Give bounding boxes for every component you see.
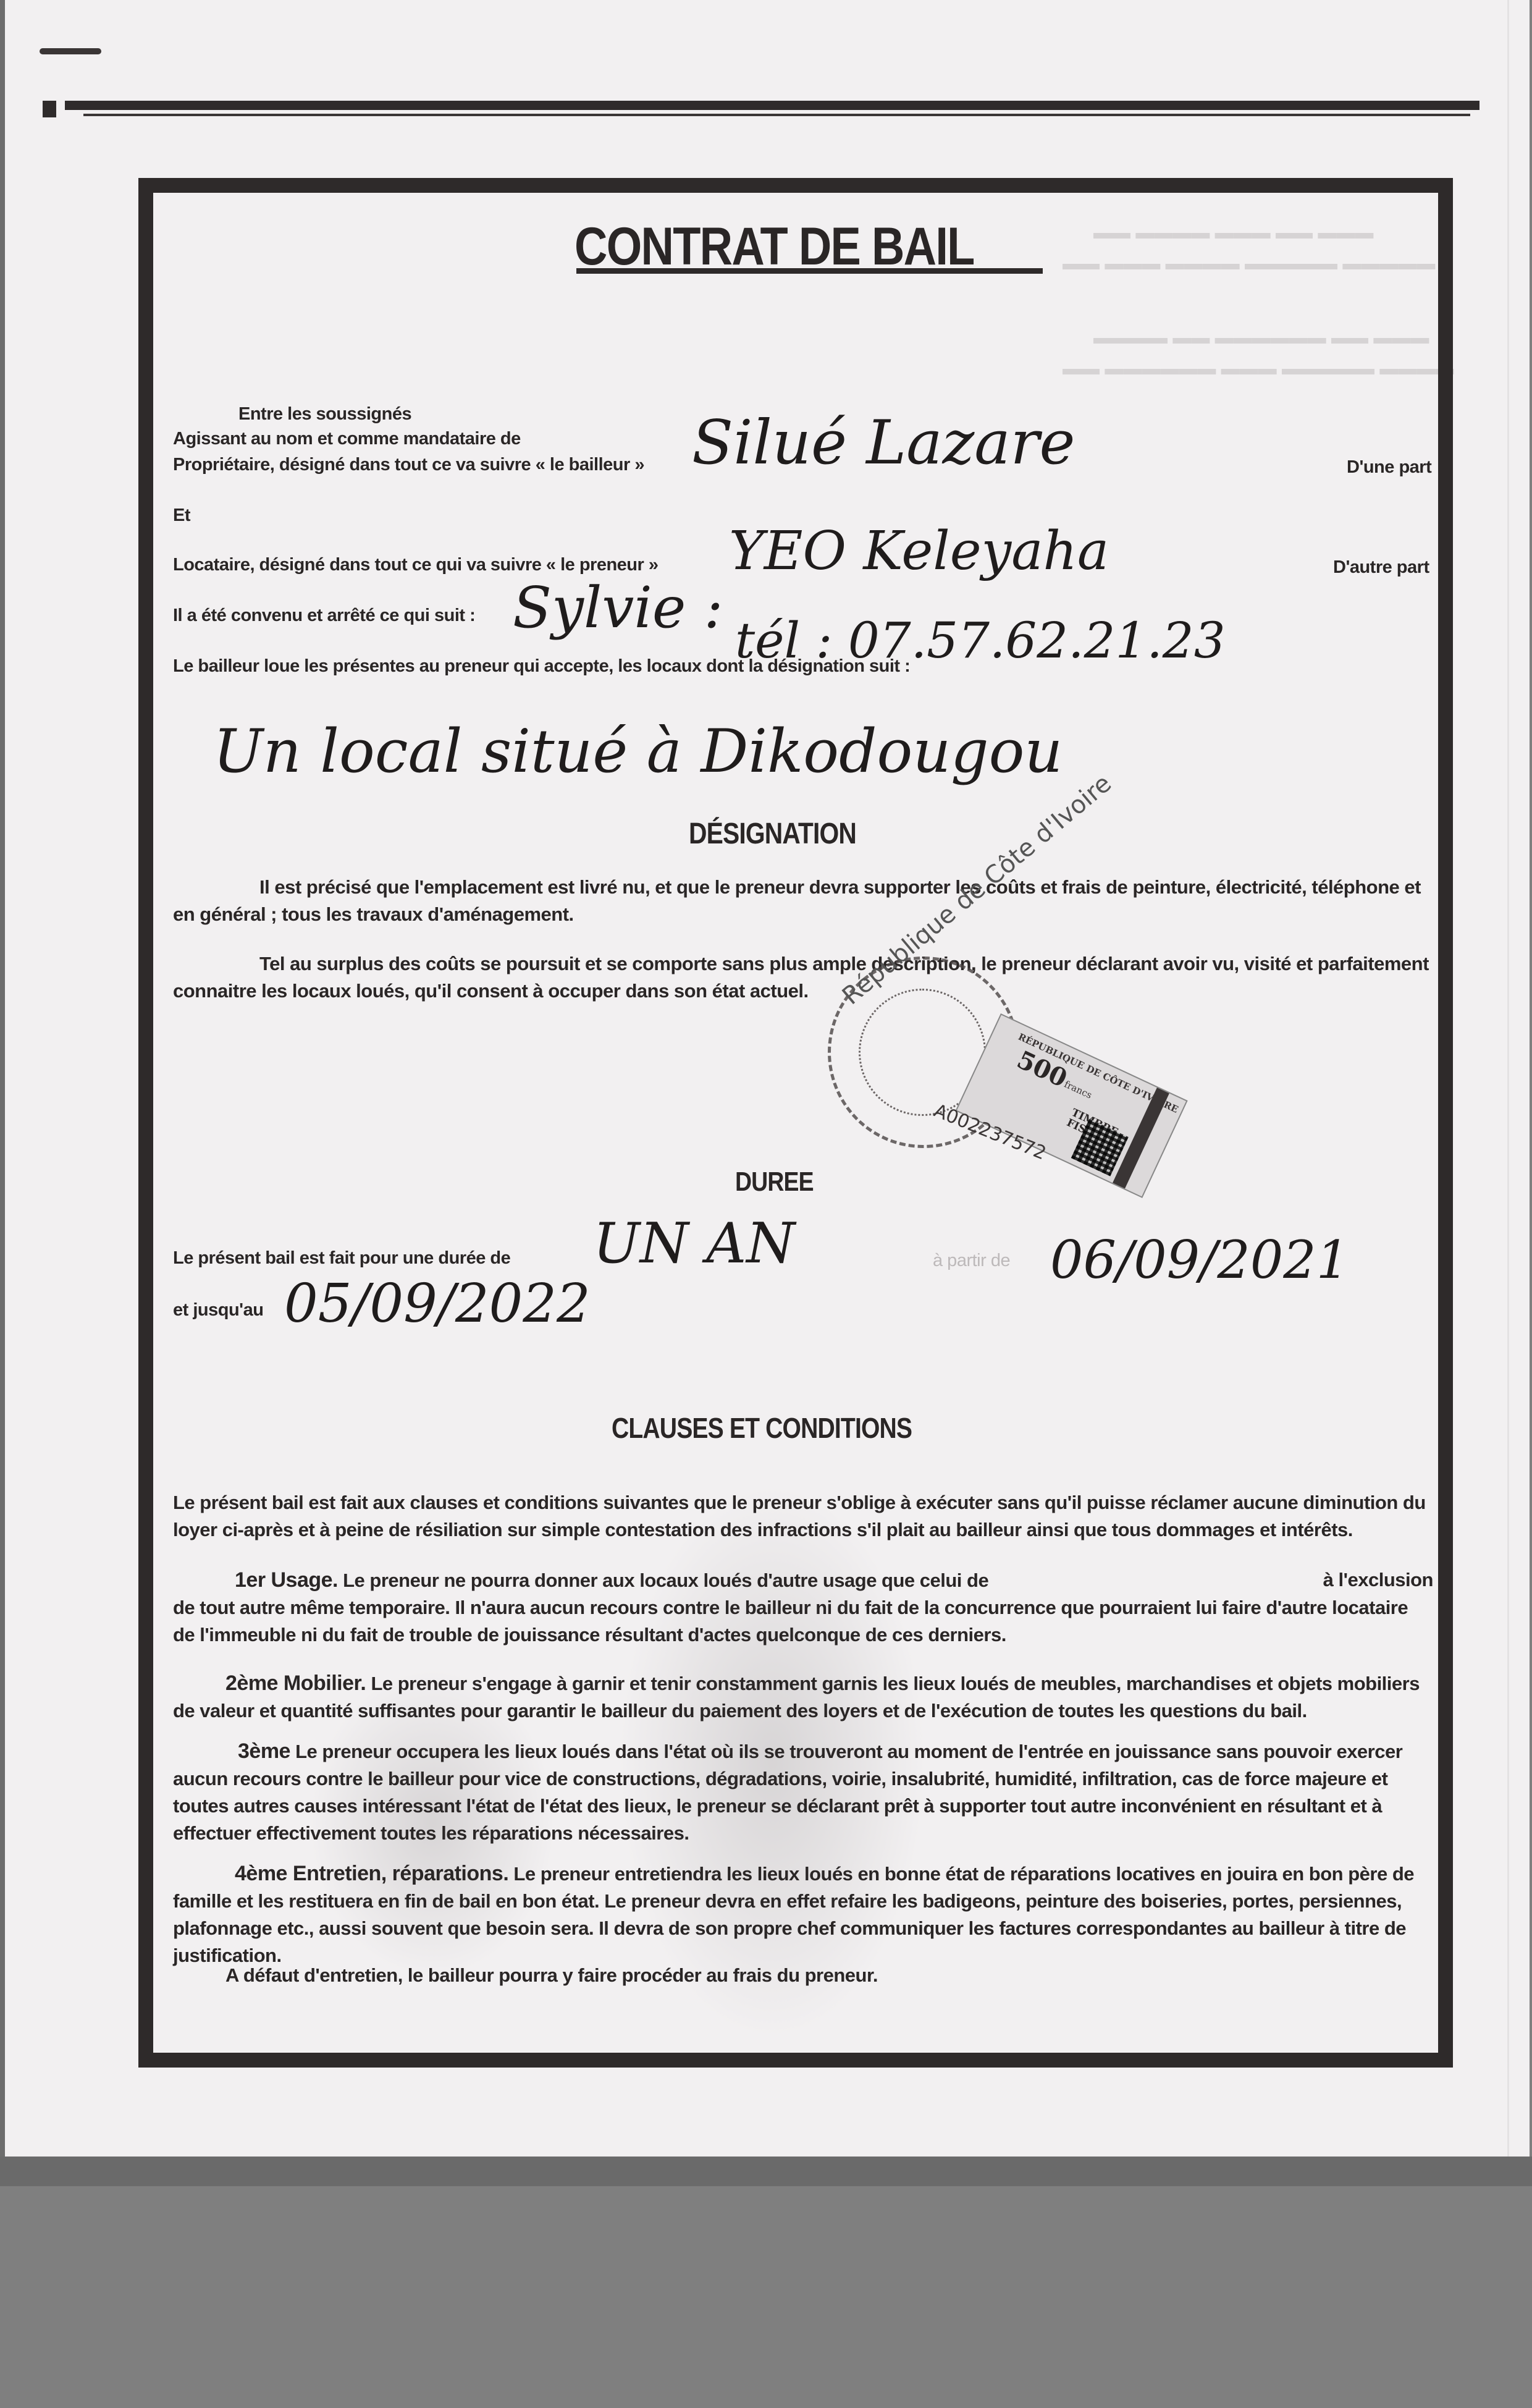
duration-handwritten: UN AN [593, 1211, 795, 1276]
parties-intro: Entre les soussignés [238, 404, 411, 425]
clause-2: 2ème Mobilier. Le preneur s'engage à gar… [173, 1670, 1433, 1725]
designation-paragraph-2: Tel au surplus des coûts se poursuit et … [173, 950, 1433, 1005]
end-label: et jusqu'au [173, 1300, 263, 1320]
duree-heading: DUREE [735, 1167, 814, 1198]
page-edge-line [1507, 0, 1509, 2157]
preneur-label: Locataire, désigné dans tout ce qui va s… [173, 555, 659, 575]
bailleur-label-line1: Agissant au nom et comme mandataire de [173, 429, 521, 449]
end-date-handwritten: 05/09/2022 [284, 1273, 591, 1335]
clause-4: 4ème Entretien, réparations. Le preneur … [173, 1860, 1433, 1969]
bailleur-name-handwritten: Silué Lazare [692, 408, 1075, 478]
title-underline [576, 268, 1043, 274]
duration-label: Le présent bail est fait pour une durée … [173, 1248, 510, 1269]
preneur-firstname-handwritten: Sylvie : [513, 575, 723, 641]
clause-1-title: 1er Usage. [235, 1568, 338, 1592]
clause-1-text-b: à l'exclusion [1261, 1566, 1433, 1594]
designation-heading: DÉSIGNATION [689, 817, 856, 851]
clauses-closing: A défaut d'entretien, le bailleur pourra… [225, 1962, 878, 1989]
clause-1: 1er Usage. Le preneur ne pourra donner a… [173, 1566, 1433, 1649]
clauses-heading: CLAUSES ET CONDITIONS [612, 1411, 912, 1445]
scanner-band [0, 2157, 1532, 2186]
scanner-edge [0, 0, 5, 2157]
designation-paragraph-1: Il est précisé que l'emplacement est liv… [173, 874, 1433, 928]
clause-3: 3ème Le preneur occupera les lieux loués… [173, 1738, 1433, 1847]
clause-1-text-c: de tout autre même temporaire. Il n'aura… [173, 1594, 1433, 1649]
bailleur-label-line2: Propriétaire, désigné dans tout ce va su… [173, 455, 644, 475]
bailleur-side-label: D'une part [1347, 457, 1431, 478]
top-rule-thin [83, 114, 1470, 116]
preneur-name-handwritten: YEO Keleyaha [729, 520, 1109, 582]
preneur-side-label: D'autre part [1333, 557, 1429, 578]
agreed-label: Il a été convenu et arrêté ce qui suit : [173, 606, 475, 626]
clause-3-text: Le preneur occupera les lieux loués dans… [173, 1741, 1402, 1844]
clause-4-title: 4ème Entretien, réparations. [235, 1862, 508, 1885]
top-rule [65, 101, 1479, 110]
top-rule-corner [43, 101, 56, 117]
clause-3-title: 3ème [238, 1739, 290, 1763]
start-label: à partir de [933, 1251, 1010, 1271]
lease-statement: Le bailleur loue les présentes au preneu… [173, 656, 910, 677]
start-date-handwritten: 06/09/2021 [1050, 1230, 1349, 1290]
clause-1-text-a: Le preneur ne pourra donner aux locaux l… [343, 1569, 988, 1591]
fiscal-currency: francs [1063, 1078, 1094, 1100]
and-label: Et [173, 505, 190, 526]
clauses-intro: Le présent bail est fait aux clauses et … [173, 1489, 1433, 1544]
premises-handwritten: Un local situé à Dikodougou [213, 717, 1063, 786]
pen-mark [40, 48, 101, 54]
clause-2-title: 2ème Mobilier. [225, 1671, 366, 1695]
scanner-background [0, 2186, 1532, 2408]
